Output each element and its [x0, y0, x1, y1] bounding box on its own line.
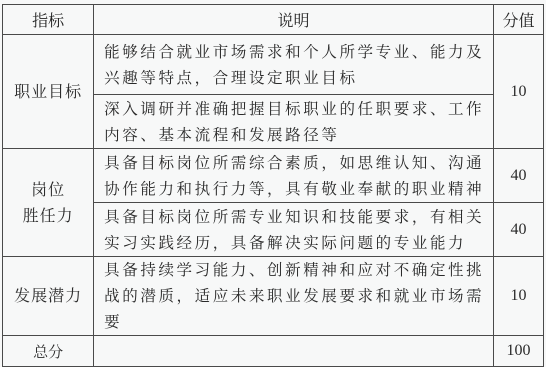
- header-score: 分值: [493, 5, 543, 35]
- description-cell: 具备目标岗位所需专业知识和技能要求，有相关实习实践经历，具备解决实际问题的专业能…: [94, 203, 494, 257]
- table-row: 职业目标 能够结合就业市场需求和个人所学专业、能力及兴趣等特点，合理设定职业目标…: [3, 35, 544, 95]
- indicator-line: 胜任力: [3, 203, 93, 229]
- total-row: 总分 100: [3, 336, 544, 355]
- score-cell: 10: [493, 35, 543, 149]
- total-score: 100: [493, 336, 543, 355]
- indicator-job-competence: 岗位 胜任力: [3, 149, 94, 257]
- indicator-line: 岗位: [3, 177, 93, 203]
- header-indicator: 指标: [3, 5, 94, 35]
- header-description: 说明: [94, 5, 494, 35]
- scoring-criteria-table: 指标 说明 分值 职业目标 能够结合就业市场需求和个人所学专业、能力及兴趣等特点…: [2, 4, 544, 354]
- score-cell: 40: [493, 203, 543, 257]
- description-cell: 具备持续学习能力、创新精神和应对不确定性挑战的潜质，适应未来职业发展要求和就业市…: [94, 257, 494, 336]
- total-description: [94, 336, 494, 355]
- table-row: 发展潜力 具备持续学习能力、创新精神和应对不确定性挑战的潜质，适应未来职业发展要…: [3, 257, 544, 336]
- table-header-row: 指标 说明 分值: [3, 5, 544, 35]
- score-cell: 10: [493, 257, 543, 336]
- total-label: 总分: [3, 336, 94, 355]
- indicator-development-potential: 发展潜力: [3, 257, 94, 336]
- indicator-career-goal: 职业目标: [3, 35, 94, 149]
- description-cell: 能够结合就业市场需求和个人所学专业、能力及兴趣等特点，合理设定职业目标: [94, 35, 494, 95]
- description-cell: 深入调研并准确把握目标职业的任职要求、工作内容、基本流程和发展路径等: [94, 95, 494, 149]
- score-cell: 40: [493, 149, 543, 203]
- description-cell: 具备目标岗位所需综合素质，如思维认知、沟通协作能力和执行力等，具有敬业奉献的职业…: [94, 149, 494, 203]
- table-row: 岗位 胜任力 具备目标岗位所需综合素质，如思维认知、沟通协作能力和执行力等，具有…: [3, 149, 544, 203]
